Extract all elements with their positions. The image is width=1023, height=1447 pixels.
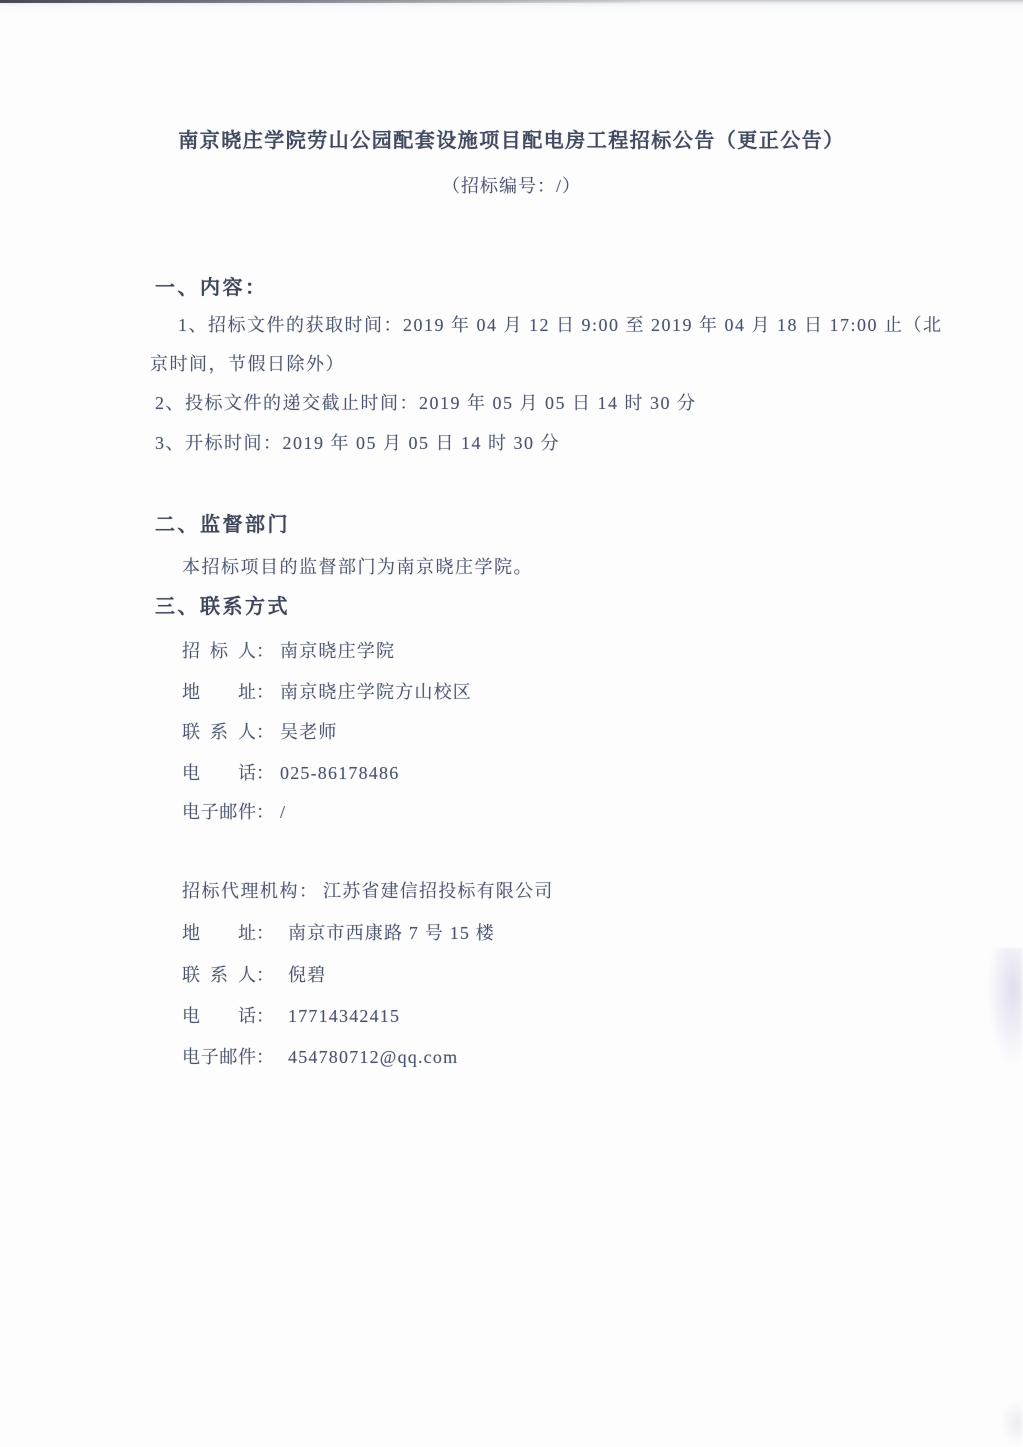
tenderer-name-row: 招标人：南京晓庄学院 bbox=[182, 637, 395, 663]
agency-email-row: 电子邮件：454780712@qq.com bbox=[182, 1043, 458, 1069]
scan-edge-dark-line bbox=[0, 0, 640, 3]
tenderer-contact-person-label: 联系人 bbox=[182, 718, 256, 744]
tenderer-phone-label: 电话 bbox=[182, 759, 256, 785]
agency-email-label: 电子邮件 bbox=[182, 1043, 256, 1069]
document-title: 南京晓庄学院劳山公园配套设施项目配电房工程招标公告（更正公告） bbox=[0, 129, 1023, 154]
tenderer-phone-value: 025-86178486 bbox=[280, 763, 399, 783]
section-heading-supervision: 二、监督部门 bbox=[155, 513, 290, 538]
colon: ： bbox=[256, 722, 274, 742]
bid-submission-deadline: 2、投标文件的递交截止时间：2019 年 05 月 05 日 14 时 30 分 bbox=[155, 392, 697, 415]
agency-address-value: 南京市西康路 7 号 15 楼 bbox=[288, 923, 495, 943]
agency-address-row: 地址：南京市西康路 7 号 15 楼 bbox=[182, 919, 495, 945]
bid-doc-obtain-time-line1: 1、招标文件的获取时间：2019 年 04 月 12 日 9:00 至 2019… bbox=[178, 314, 943, 337]
section-heading-contact: 三、联系方式 bbox=[155, 595, 290, 620]
agency-email-value: 454780712@qq.com bbox=[288, 1047, 458, 1067]
tenderer-contact-person-row: 联系人：吴老师 bbox=[182, 718, 338, 744]
agency-phone-row: 电话：17714342415 bbox=[182, 1002, 400, 1028]
agency-name-value: 江苏省建信招投标有限公司 bbox=[323, 881, 553, 901]
colon: ： bbox=[299, 881, 317, 901]
agency-contact-person-value: 倪碧 bbox=[288, 965, 326, 985]
section-heading-content: 一、内容： bbox=[155, 276, 268, 301]
tenderer-contact-person-value: 吴老师 bbox=[280, 722, 338, 742]
colon: ： bbox=[256, 802, 274, 822]
agency-phone-label: 电话 bbox=[182, 1002, 256, 1028]
scan-smudge-small bbox=[1000, 1400, 1022, 1446]
tenderer-email-value: / bbox=[280, 802, 286, 822]
tenderer-email-label: 电子邮件 bbox=[182, 798, 256, 824]
colon: ： bbox=[256, 763, 274, 783]
bid-doc-obtain-time-line2: 京时间，节假日除外） bbox=[150, 353, 345, 376]
agency-address-label: 地址 bbox=[182, 919, 256, 945]
agency-contact-person-row: 联系人：倪碧 bbox=[182, 961, 326, 987]
tenderer-phone-row: 电话：025-86178486 bbox=[182, 759, 399, 785]
agency-contact-person-label: 联系人 bbox=[182, 961, 256, 987]
tenderer-address-value: 南京晓庄学院方山校区 bbox=[280, 682, 472, 702]
colon: ： bbox=[256, 682, 274, 702]
colon: ： bbox=[256, 641, 274, 661]
scanned-document-page: 南京晓庄学院劳山公园配套设施项目配电房工程招标公告（更正公告） （招标编号：/）… bbox=[0, 0, 1023, 1447]
agency-phone-value: 17714342415 bbox=[288, 1006, 400, 1026]
scan-smudge bbox=[986, 948, 1022, 1068]
colon: ： bbox=[256, 1006, 274, 1026]
tenderer-address-row: 地址：南京晓庄学院方山校区 bbox=[182, 678, 472, 704]
colon: ： bbox=[256, 965, 274, 985]
colon: ： bbox=[256, 923, 274, 943]
tender-number-line: （招标编号：/） bbox=[0, 175, 1023, 198]
tenderer-email-row: 电子邮件：/ bbox=[182, 798, 286, 824]
tenderer-name-label: 招标人 bbox=[182, 637, 256, 663]
tenderer-address-label: 地址 bbox=[182, 678, 256, 704]
tenderer-name-value: 南京晓庄学院 bbox=[280, 641, 395, 661]
agency-name-row: 招标代理机构：江苏省建信招投标有限公司 bbox=[182, 877, 553, 903]
colon: ： bbox=[256, 1047, 274, 1067]
supervision-body: 本招标项目的监督部门为南京晓庄学院。 bbox=[182, 556, 533, 579]
bid-opening-time: 3、开标时间：2019 年 05 月 05 日 14 时 30 分 bbox=[155, 432, 560, 455]
agency-name-label: 招标代理机构 bbox=[182, 881, 299, 901]
